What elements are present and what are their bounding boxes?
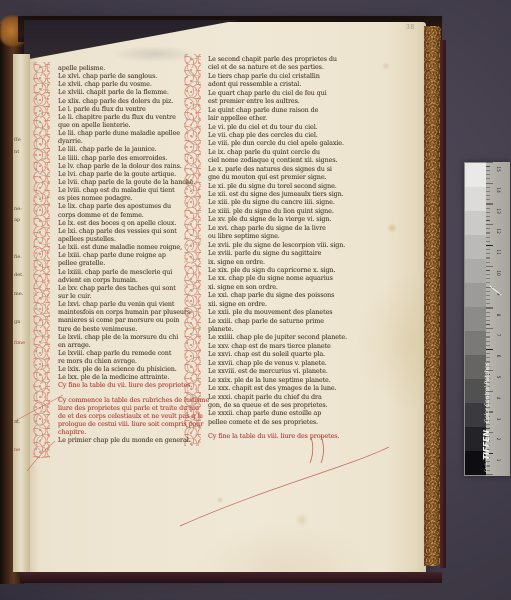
table-entry-line: Le li. chapitre parle du flux du ventre	[57, 113, 197, 121]
table-entry-line: Le lv. chap parle de la dolour des rains…	[57, 162, 197, 170]
line-text: sur le cuir.	[58, 292, 91, 300]
line-text: Le xxxi. chapit parle du chief du dra	[208, 393, 322, 401]
rubric-line: Cy fine la table du vii. liure des propr…	[57, 381, 197, 389]
line-text: Le xxvii. chap ple de venus v. planete.	[208, 359, 327, 367]
table-entry-line: Le quint chap parle dune raison de	[207, 106, 375, 114]
facing-page-edge: ſſentne:apfie.det.me.gnfimeat.ne	[13, 54, 30, 572]
line-text: manieres si come par morsure ou poin	[58, 316, 179, 324]
table-entry-line: gne du mouton qui est premier signe.	[207, 173, 375, 181]
line-text: maintesfois en corps humain par pluseurs	[58, 308, 190, 316]
cover-edge-right	[440, 40, 446, 568]
ruler-number: 2	[496, 435, 500, 443]
line-text: Le liii. chap parle de la jaunice.	[58, 145, 157, 153]
gray-step	[465, 259, 486, 283]
table-entry-line: Le xxxii. chap parle dune estoille ap	[207, 409, 375, 417]
line-text: ciel nome zodiaque q contient xii. signe…	[208, 156, 337, 164]
gray-step	[465, 235, 486, 259]
table-entry-line: manieres si come par morsure ou poin	[57, 316, 197, 324]
ruler-number: 4	[496, 394, 500, 402]
table-entry-line: Le lxvi. chap parle du venin qui vient	[57, 300, 197, 308]
table-entry-line: Le viii. ple dun cercle du ciel apele ga…	[207, 139, 375, 147]
line-text: Le liiii. chap parle des emorroides.	[58, 154, 167, 162]
table-entry-line: maintesfois en corps humain par pluseurs	[57, 308, 197, 316]
table-entry-line: Le lx. est des boces q on apelle cloux.	[57, 219, 197, 227]
ruler-number: 12	[496, 227, 500, 235]
penwork-flourish-column-1	[33, 62, 50, 458]
line-text: xii. signe en ordre.	[208, 300, 267, 308]
line-text: Le xxvi. chap est du soleil quarte pla.	[208, 350, 325, 358]
line-text: en arrage.	[58, 341, 91, 349]
gray-step	[465, 187, 486, 211]
line-text: Le xviii. parle du signe du sagittaire	[208, 249, 321, 257]
line-text: Le lvii. chap parle de la goute de la ha…	[58, 178, 195, 186]
ruler-number: 15	[496, 165, 500, 173]
gray-step	[465, 307, 486, 331]
folio-number: 38	[406, 24, 415, 31]
table-entry-line: Le xxviii. est de mercurius vi. planete.	[207, 367, 375, 375]
line-text: Le lix. chap parle des apostumes du	[58, 202, 171, 210]
photo-backdrop: ſſentne:apfie.det.me.gnfimeat.ne apelle …	[0, 0, 511, 600]
line-text: Le quart chap parle du ciel de feu qui	[208, 89, 327, 97]
line-text: adont qui ressemble a cristal.	[208, 80, 301, 88]
table-entry-line: Le x. parle des natures des signes du si	[207, 165, 375, 173]
line-text: Le xxi. chap parle du signe des poissons	[208, 291, 334, 299]
table-entry-line: advient en corps humain.	[57, 276, 197, 284]
facing-page-text-fragment: det.	[14, 273, 24, 278]
card-brand-text: TIFFEN Color Control Patches	[474, 363, 493, 461]
ruler-number: 6	[496, 352, 500, 360]
line-text: liure des proprietes qui parle et traite…	[58, 404, 199, 412]
line-text: Le l. parle du flux du ventre	[58, 105, 146, 113]
table-entry-line: Le lix. chap parle des apostumes du	[57, 202, 197, 210]
table-entry-line: ture de beste venimeuse.	[57, 325, 197, 333]
ruler-number: 8	[496, 311, 500, 319]
line-text: ou libre septime signe.	[208, 232, 280, 240]
table-entry-line: Le lxv. chap parle des taches qui sont	[57, 284, 197, 292]
line-text: Le xi. ple du signe du torel second sign…	[208, 182, 337, 190]
line-text: de et des corps celestiaulx et ne veult …	[58, 412, 203, 420]
line-text: Le lxv. chap parle des taches qui sont	[58, 284, 176, 292]
table-entry-line: Le xiii. ple du signe du cancre iiii. si…	[207, 198, 375, 206]
line-text: advient en corps humain.	[58, 276, 138, 284]
facing-page-text-fragment: ne:	[14, 207, 22, 212]
table-entry-line: apelle pelisme.	[57, 64, 197, 72]
line-text: Le xiii. ple du signe du cancre iiii. si…	[208, 198, 335, 206]
line-text: Le xii. est du signe des jumeaulx tiers …	[208, 190, 344, 198]
line-text: Le lv. chap parle de la dolour des rains…	[58, 162, 182, 170]
line-text: Le li. chapitre parle du flux du ventre	[58, 113, 176, 121]
table-entry-line: ix. signe en ordre.	[207, 258, 375, 266]
cover-edge-bottom	[20, 572, 442, 583]
line-text: que on apelle lienterie.	[58, 121, 130, 129]
rubric-line: prologue de cestui viii. liure soit comp…	[57, 420, 197, 428]
line-text: Le xxix. ple de la lune septime planete.	[208, 376, 331, 384]
ruler-number: 10	[496, 269, 500, 277]
line-text: Le xxviii. est de mercurius vi. planete.	[208, 367, 328, 375]
line-text: est premier entre les aultres.	[208, 97, 300, 105]
line-text: Le viii. ple dun cercle du ciel apele ga…	[208, 139, 344, 147]
table-entry-line: est premier entre les aultres.	[207, 97, 375, 105]
table-entry-line: Le xxx. chapit est des ymages de la lune…	[207, 384, 375, 392]
line-text: lair appellee ether.	[208, 114, 267, 122]
line-text: Le xvi. chap parle du signe de la livre	[208, 224, 326, 232]
rubric-line: liure des proprietes qui parle et traite…	[57, 404, 197, 412]
line-text: Le xvii. ple du signe de lescorpion viii…	[208, 241, 345, 249]
table-entry-line: Le liiii. chap parle des emorroides.	[57, 154, 197, 162]
table-entry-line: pellee gratelle.	[57, 259, 197, 267]
line-text: Le xlvi. chap parle de sanglous.	[58, 72, 157, 80]
gray-step	[465, 331, 486, 355]
line-text: ix. signe en ordre.	[208, 258, 265, 266]
facing-page-text-fragment: ap	[14, 218, 20, 223]
table-entry-line: Le xi. ple du signe du torel second sign…	[207, 182, 375, 190]
table-entry-line: Le xlviii. chapit parle de la flemme.	[57, 88, 197, 96]
table-entry-line: Le ix. chap parle du quint cercle du	[207, 148, 375, 156]
line-text: Le lxvi. chap parle du venin qui vient	[58, 300, 174, 308]
table-entry-line: Le lvi. chap parle de la goute artique.	[57, 170, 197, 178]
table-entry-line: ciel et de sa nature et de ses parties.	[207, 63, 375, 71]
gray-step	[465, 211, 486, 235]
facing-page-text-fragment: ne	[14, 448, 20, 453]
facing-page-text-fragment: at.	[14, 420, 21, 425]
line-text: Le xiiii. ple du signe du lion quint sig…	[208, 207, 334, 215]
line-text: Cy commence la table des rubriches de lu…	[58, 396, 209, 404]
line-text: planete.	[208, 325, 233, 333]
table-entry-line: Le xviii. parle du signe du sagittaire	[207, 249, 375, 257]
table-entry-line: Le lxvii. chap ple de la morsure du chi	[57, 333, 197, 341]
table-entry-line: Le xv. ple du signe de la vierge vi. sig…	[207, 215, 375, 223]
rubric-line: de et des corps celestiaulx et ne veult …	[57, 412, 197, 420]
table-entry-line: en arrage.	[57, 341, 197, 349]
line-text: gon, de sa queue et de ses proprietes.	[208, 401, 328, 409]
table-entry-line: Le liii. chap parle de la jaunice.	[57, 145, 197, 153]
line-text: Le xlviii. chapit parle de la flemme.	[58, 88, 169, 96]
table-entry-line: Le xvii. ple du signe de lescorpion viii…	[207, 241, 375, 249]
table-entry-line: xi. signe en son ordre.	[207, 283, 375, 291]
line-text: Le xxxii. chap parle dune estoille ap	[208, 409, 321, 417]
line-text: Le second chapit parle des proprietes du	[208, 55, 337, 63]
line-text: pellee gratelle.	[58, 259, 105, 267]
line-text: Le vi. ple du ciel et du tour du ciel.	[208, 123, 318, 131]
line-text: Le lii. chap parle dune maladie apellee	[58, 129, 180, 137]
table-entry-line: corps domme et de femme.	[57, 211, 197, 219]
line-text: prologue de cestui viii. liure soit comp…	[58, 420, 203, 428]
line-text: pellee comete et de ses proprietes.	[208, 418, 318, 426]
ruler-number: 11	[496, 248, 500, 256]
line-text: Le vii. chap ple des cercles du ciel.	[208, 131, 318, 139]
line-text: Le lvi. chap parle de la goute artique.	[58, 170, 176, 178]
facing-page-text-fragment: gn	[14, 320, 20, 325]
line-text: Cy fine la table du viii. liure des prop…	[208, 432, 339, 440]
line-text: Le xv. ple du signe de la vierge vi. sig…	[208, 215, 331, 223]
line-text: Le tiers chap parle du ciel cristallin	[208, 72, 320, 80]
line-text: Le lxviii. chap parle du remede cont	[58, 349, 171, 357]
table-entry-line: Le lxviii. chap parle du remede cont	[57, 349, 197, 357]
line-text: Le xxx. chapit est des ymages de la lune…	[208, 384, 336, 392]
line-text: Le quint chap parle dune raison de	[208, 106, 318, 114]
table-entry-line: Le xvi. chap parle du signe de la livre	[207, 224, 375, 232]
table-entry-line: lair appellee ether.	[207, 114, 375, 122]
line-text: Le ix. chap parle du quint cercle du	[208, 148, 320, 156]
table-entry-line: Le vi. ple du ciel et du tour du ciel.	[207, 123, 375, 131]
text-column-right: Le second chapit parle des proprietes du…	[207, 55, 375, 441]
table-entry-line: adont qui ressemble a cristal.	[207, 80, 375, 88]
table-entry-line: Le xxvii. chap ple de venus v. planete.	[207, 359, 375, 367]
line-text: Le primier chap ple du monde en general.	[58, 436, 191, 444]
table-entry-line: que on apelle lienterie.	[57, 121, 197, 129]
rubric-line: Cy commence la table des rubriches de lu…	[57, 396, 197, 404]
line-text: Le x. parle des natures des signes du si	[208, 165, 332, 173]
line-text: corps domme et de femme.	[58, 211, 144, 219]
line-text: Le xlix. chap parle des dolers du piz.	[58, 97, 173, 105]
table-entry-line: Le lxii. est dune maladie nomee roigne,	[57, 243, 197, 251]
facing-page-text-fragment: nt	[14, 150, 19, 155]
line-text: Le xx. chap ple du signe nome aquarius	[208, 274, 333, 282]
grayscale-calibration-card: Centimetres 151413121110987654321 TIFFEN…	[464, 162, 510, 476]
table-entry-line: Le xxii. ple du mouvement des planetes	[207, 308, 375, 316]
table-entry-line: Le lvii. chap parle de la goute de la ha…	[57, 178, 197, 186]
table-entry-line: Le l. parle du flux du ventre	[57, 105, 197, 113]
table-entry-line: Le lxiiii. chap parle de mesclerie qui	[57, 268, 197, 276]
table-entry-line: xii. signe en ordre.	[207, 300, 375, 308]
line-text: Le xix. ple du sign du capricorne x. sig…	[208, 266, 335, 274]
ruler-number: 5	[496, 373, 500, 381]
line-text: Le lxii. est dune maladie nomee roigne,	[58, 243, 182, 251]
table-entry-line: Le xxvi. chap est du soleil quarte pla.	[207, 350, 375, 358]
ruler-number: 13	[496, 207, 500, 215]
line-text: Le lxvii. chap ple de la morsure du chi	[58, 333, 178, 341]
table-entry-line: Le xlix. chap parle des dolers du piz.	[57, 97, 197, 105]
table-entry-line: sur le cuir.	[57, 292, 197, 300]
table-entry-line: Le xxxi. chapit parle du chief du dra	[207, 393, 375, 401]
table-entry-line: Le xx. chap ple du signe nome aquarius	[207, 274, 375, 282]
table-entry-line: Le xxix. ple de la lune septime planete.	[207, 376, 375, 384]
line-text: Le lxiiii. chap parle de mesclerie qui	[58, 268, 172, 276]
table-entry-line: Le xxiiii. chap ple de jupiter second pl…	[207, 333, 375, 341]
ruler-number: 3	[496, 415, 500, 423]
table-entry-line: Le xxiii. chap parle de saturne prime	[207, 317, 375, 325]
line-text: xi. signe en son ordre.	[208, 283, 278, 291]
card-brand-name: TIFFEN	[482, 430, 491, 460]
facing-page-text-fragment: me.	[14, 292, 23, 297]
line-text: apellees pustelles.	[58, 235, 116, 243]
line-text: gne du mouton qui est premier signe.	[208, 173, 326, 181]
table-entry-line: pellee comete et de ses proprietes.	[207, 418, 375, 426]
table-entry-line: Le primier chap ple du monde en general.	[57, 436, 197, 444]
line-text: apelle pelisme.	[58, 64, 105, 72]
table-entry-line: Le lxi. chap parle des vessies qui sont	[57, 227, 197, 235]
gray-step	[465, 283, 486, 307]
table-entry-line: ciel nome zodiaque q contient xii. signe…	[207, 156, 375, 164]
line-text: Le lxi. chap parle des vessies qui sont	[58, 227, 177, 235]
facing-page-text-fragment: fime	[14, 341, 25, 346]
line-text: Le lviii. chap est du maladie qui tient	[58, 186, 175, 194]
line-text: Le lxix. ple de la science du phisicien.	[58, 365, 177, 373]
table-entry-line: apellees pustelles.	[57, 235, 197, 243]
line-text: Le xxv. chap est de mars tierce planete	[208, 342, 331, 350]
text-column-left: apelle pelisme.Le xlvi. chap parle de sa…	[57, 64, 197, 444]
line-text: Le xxiiii. chap ple de jupiter second pl…	[208, 333, 347, 341]
line-text: Le lx. est des boces q on apelle cloux.	[58, 219, 176, 227]
table-entry-line: re mors du chien avrage.	[57, 357, 197, 365]
line-text: re mors du chien avrage.	[58, 357, 137, 365]
gilt-fore-edge	[424, 26, 441, 566]
table-entry-line: Le quart chap parle du ciel de feu qui	[207, 89, 375, 97]
table-entry-line: ou libre septime signe.	[207, 232, 375, 240]
table-entry-line: Le xxi. chap parle du signe des poissons	[207, 291, 375, 299]
card-brand-subtitle: Color Control Patches	[484, 363, 491, 424]
line-text: Le xxiii. chap parle de saturne prime	[208, 317, 324, 325]
rubric-line: Cy fine la table du viii. liure des prop…	[207, 432, 375, 440]
gray-step	[465, 163, 486, 187]
facing-page-text-fragment: fie.	[14, 255, 22, 260]
ruler-number: 1	[496, 456, 500, 464]
line-text: chapitre.	[58, 428, 86, 436]
facing-page-text-fragment: ſſe	[14, 138, 21, 143]
line-text: Cy fine la table du vii. liure des propr…	[58, 381, 192, 389]
line-text: ciel et de sa nature et de ses parties.	[208, 63, 324, 71]
line-text: Le xxii. ple du mouvement des planetes	[208, 308, 332, 316]
ruler-number: 14	[496, 186, 500, 194]
line-text: ture de beste venimeuse.	[58, 325, 137, 333]
ruler-number: 7	[496, 331, 500, 339]
